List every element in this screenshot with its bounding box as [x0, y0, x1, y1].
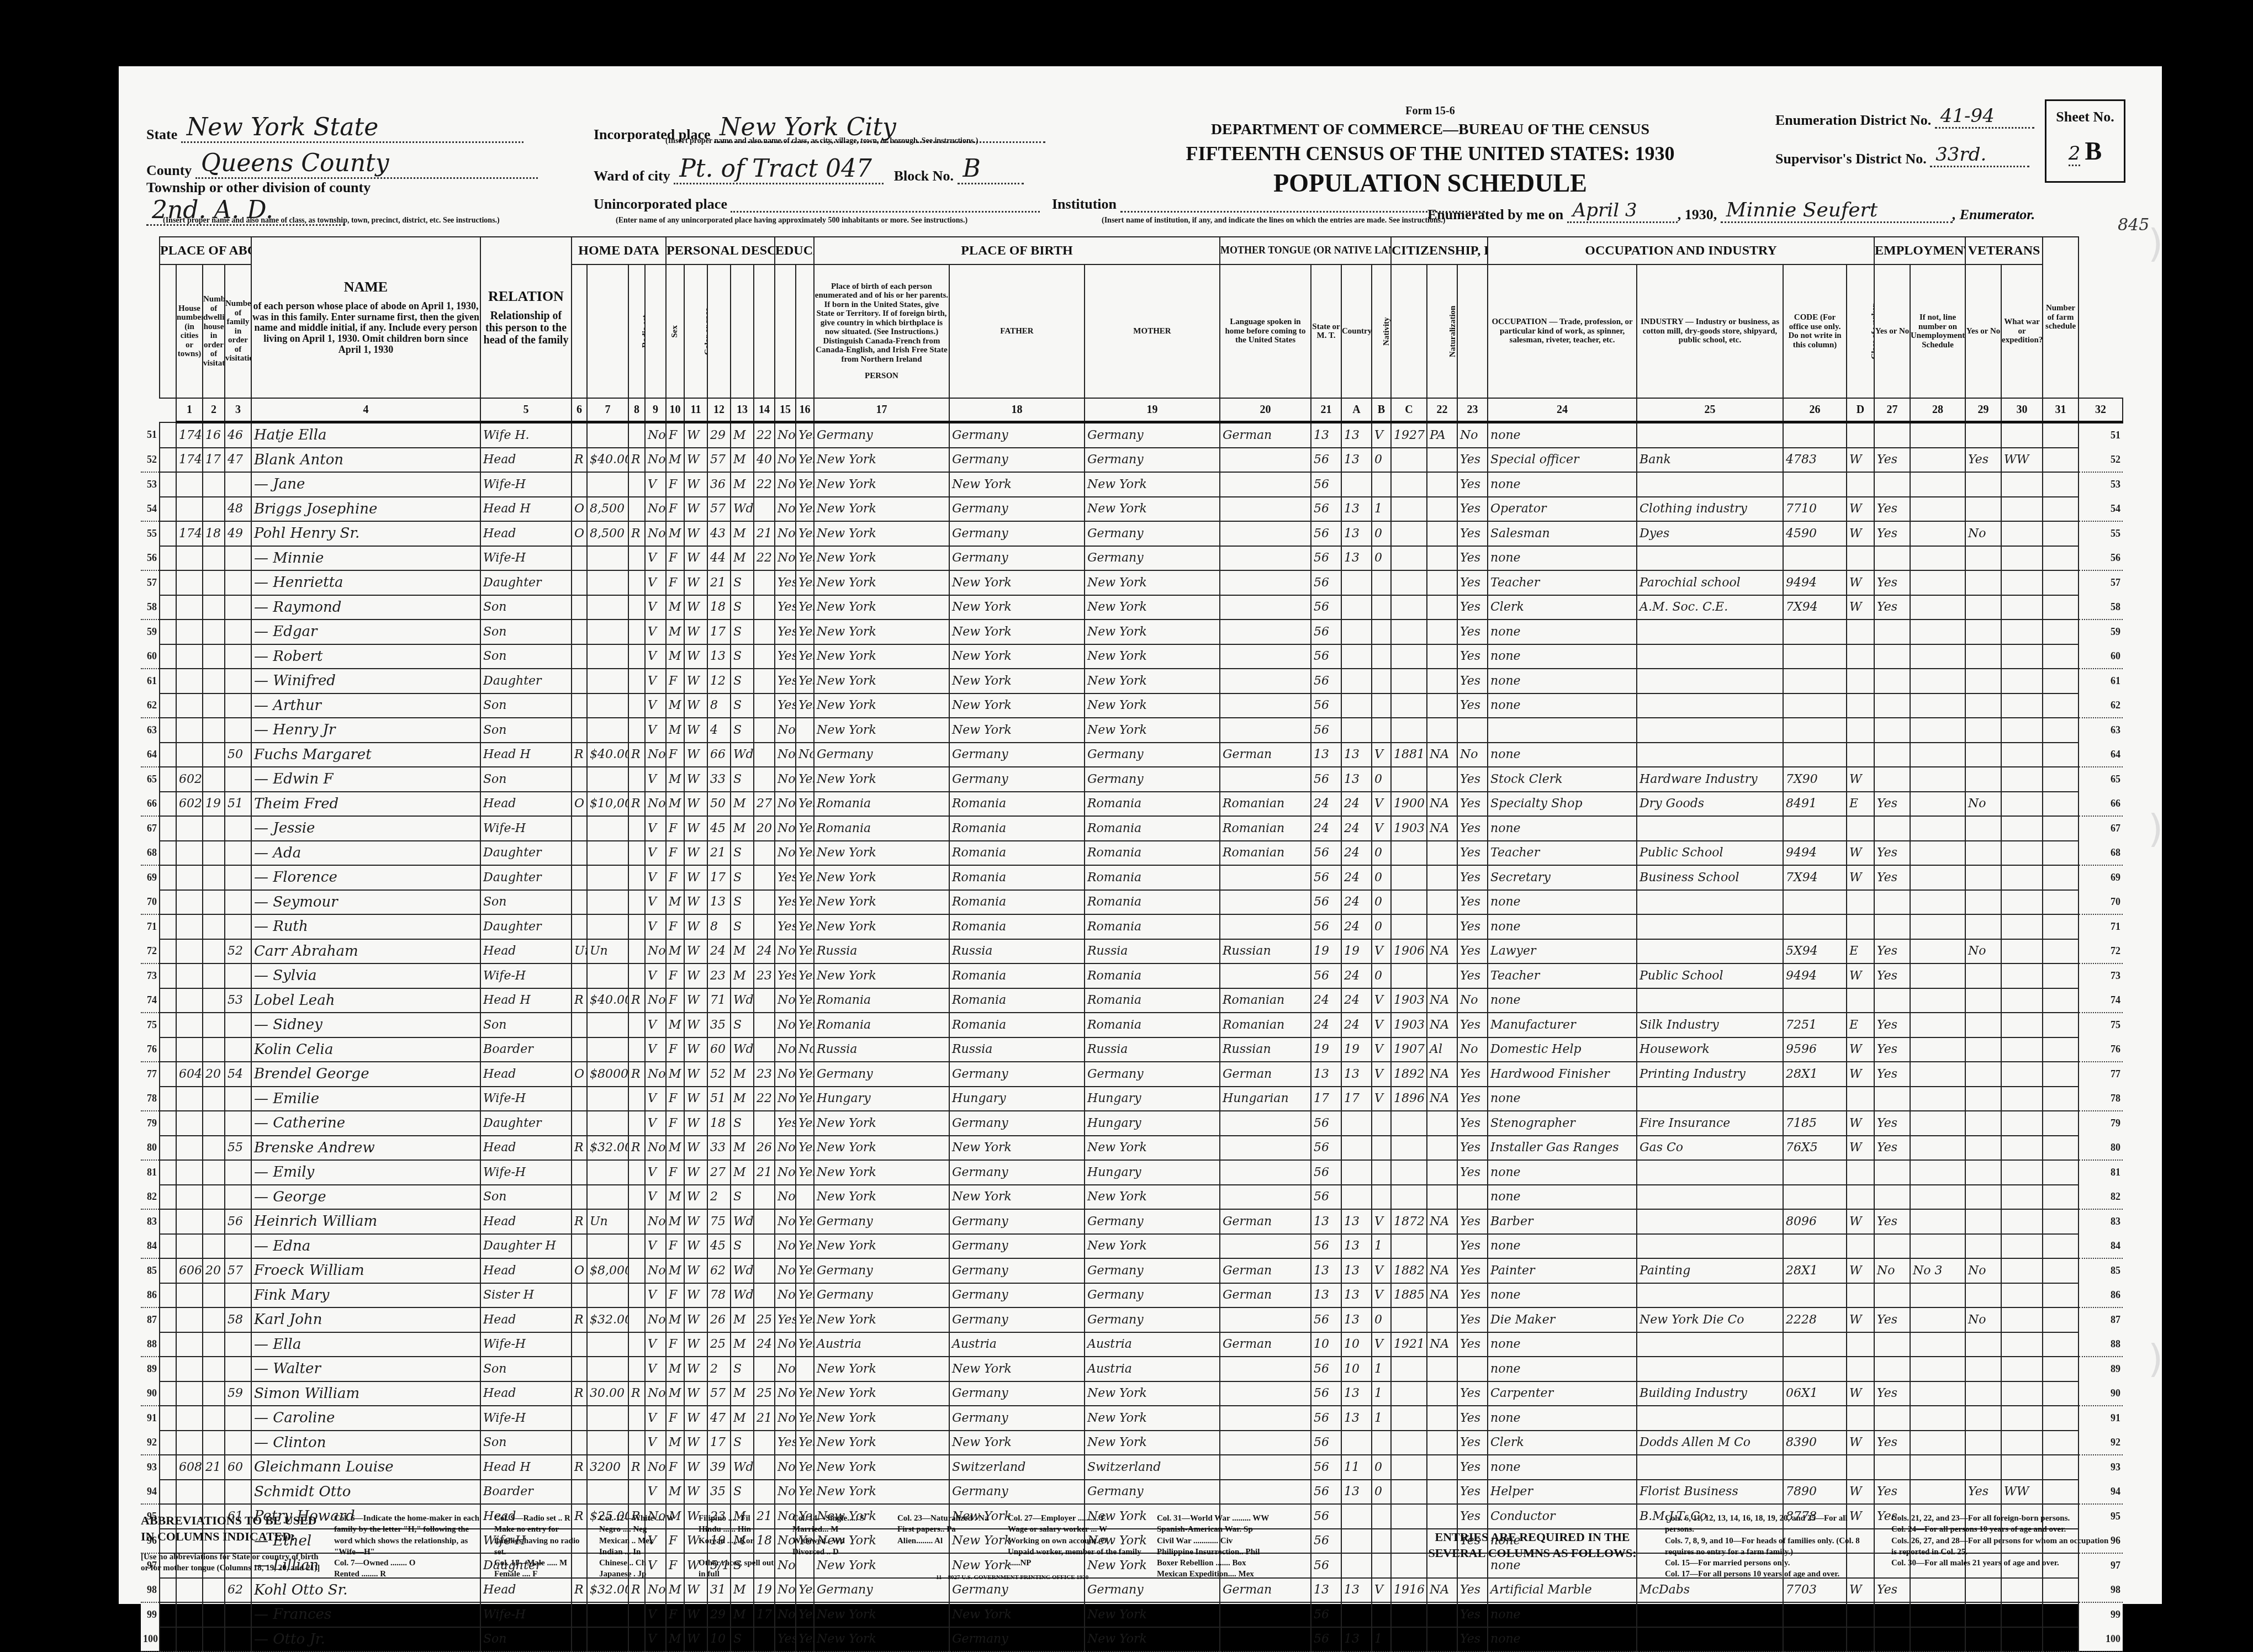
cell-cA: 56 — [1311, 595, 1341, 620]
cell-cA: 56 — [1311, 448, 1341, 473]
cell-school: Yes — [775, 890, 796, 915]
cell-radio — [628, 472, 645, 497]
cell-occupation: none — [1488, 1357, 1637, 1381]
cell-class: W — [1847, 865, 1874, 890]
cell-read: Yes — [796, 595, 814, 620]
cell-code: 9494 — [1783, 841, 1847, 866]
cell-value: 30.00 — [587, 1381, 628, 1406]
cell-age-marr: 17 — [754, 1602, 775, 1627]
cell-owned — [572, 914, 587, 939]
cell-family: 51 — [225, 792, 251, 817]
cell-mother: Germany — [1085, 521, 1220, 546]
cell-cC — [1372, 472, 1391, 497]
cell-family: 53 — [225, 988, 251, 1013]
cell-war — [2001, 1307, 2043, 1332]
column-number: 32 — [2079, 398, 2123, 422]
cell-father: New York — [949, 1185, 1085, 1210]
scan-mark: ) — [2148, 1336, 2163, 1381]
cell-marital: Wd — [731, 1037, 754, 1062]
cell-cB: 13 — [1341, 422, 1372, 448]
cell-owned — [572, 1185, 587, 1210]
cell-school: No — [775, 939, 796, 964]
enumerated-date: April 3 — [1573, 199, 1637, 221]
cell-vet — [1965, 1602, 2001, 1627]
cell-marital: M — [731, 1062, 754, 1087]
cell-family — [225, 816, 251, 841]
cell-school: No — [775, 816, 796, 841]
cell-unemp — [1910, 546, 1965, 571]
cell-name: Karl John — [251, 1307, 480, 1332]
cell-cC: 0 — [1372, 1307, 1391, 1332]
cell-occupation: Domestic Help — [1488, 1037, 1637, 1062]
cell-name: Fink Mary — [251, 1283, 480, 1308]
cell-street — [160, 693, 176, 718]
cell-name: Carr Abraham — [251, 939, 480, 964]
cell-tongue — [1220, 1602, 1311, 1627]
cell-house — [176, 1381, 203, 1406]
table-row: 79— CatherineDaughterVFW18SYesYesNew Yor… — [141, 1111, 2123, 1136]
abbrev-col31: Col. 31—World War ......... WW Spanish-A… — [1157, 1513, 1306, 1580]
cell-sex: M — [666, 939, 684, 964]
cell-race: W — [684, 546, 707, 571]
cell-name: — Walter — [251, 1357, 480, 1381]
cell-cC — [1372, 1136, 1391, 1161]
cell-unemp — [1910, 1160, 1965, 1185]
cell-marital: S — [731, 841, 754, 866]
cell-work — [1874, 669, 1910, 693]
cell-farmsched — [2043, 619, 2079, 644]
cell-radio — [628, 767, 645, 792]
column-number: 28 — [1910, 398, 1965, 422]
cell-occupation: Lawyer — [1488, 939, 1637, 964]
cell-work — [1874, 472, 1910, 497]
cell-family — [225, 1357, 251, 1381]
cell-house — [176, 1332, 203, 1357]
cell-sex: F — [666, 1037, 684, 1062]
cell-industry — [1637, 1209, 1783, 1234]
cell-value — [587, 1406, 628, 1431]
cell-read: Yes — [796, 546, 814, 571]
cell-father: Russia — [949, 939, 1085, 964]
cell-occupation: Secretary — [1488, 865, 1637, 890]
cell-war — [2001, 1602, 2043, 1627]
cell-farmsched — [2043, 497, 2079, 522]
cell-family: 58 — [225, 1307, 251, 1332]
cell-work — [1874, 1357, 1910, 1381]
column-number: 23 — [1457, 398, 1488, 422]
cell-radio: R — [628, 448, 645, 473]
col-11-header: Sex — [666, 264, 684, 398]
cell-natur: NA — [1427, 1087, 1457, 1111]
cell-relation: Head H — [480, 988, 572, 1013]
cell-marital: S — [731, 1627, 754, 1652]
cell-sex: M — [666, 1209, 684, 1234]
col-25-header: OCCUPATION — Trade, profession, or parti… — [1488, 264, 1637, 398]
cell-owned: R — [572, 743, 587, 767]
cell-race: W — [684, 1013, 707, 1037]
cell-birth: New York — [814, 1381, 949, 1406]
cell-cC: V — [1372, 1258, 1391, 1283]
cell-work — [1874, 1602, 1910, 1627]
cell-name: Brendel George — [251, 1062, 480, 1087]
cell-work: Yes — [1874, 841, 1910, 866]
cell-birth: Romania — [814, 1013, 949, 1037]
cell-race: W — [684, 693, 707, 718]
cell-birth: New York — [814, 1307, 949, 1332]
cell-race: W — [684, 1455, 707, 1480]
cell-cC: 0 — [1372, 767, 1391, 792]
cell-sex: F — [666, 472, 684, 497]
cell-unemp — [1910, 890, 1965, 915]
cell-farm: No — [645, 939, 666, 964]
col-28-header: Yes or No — [1874, 264, 1910, 398]
cell-cA: 56 — [1311, 472, 1341, 497]
table-row: 5217441747Blank AntonHeadR$40.00RNoMW57M… — [141, 448, 2123, 473]
cell-house — [176, 963, 203, 988]
cell-marital: M — [731, 1160, 754, 1185]
cell-age-marr — [754, 619, 775, 644]
cell-school: No — [775, 1037, 796, 1062]
cell-cC — [1372, 595, 1391, 620]
cell-sex: F — [666, 816, 684, 841]
cell-natur: NA — [1427, 1013, 1457, 1037]
cell-cC — [1372, 1431, 1391, 1455]
line-number-right: 59 — [2079, 619, 2123, 644]
col-21-header: Language spoken in home before coming to… — [1220, 264, 1311, 398]
cell-farm: V — [645, 963, 666, 988]
line-number: 85 — [141, 1258, 160, 1283]
cell-dwelling — [203, 1357, 225, 1381]
cell-birth: New York — [814, 644, 949, 669]
cell-age: 52 — [707, 1062, 731, 1087]
cell-class: W — [1847, 497, 1874, 522]
department: DEPARTMENT OF COMMERCE—BUREAU OF THE CEN… — [1113, 121, 1748, 139]
sheet-label: Sheet No. — [2046, 109, 2124, 125]
cell-english: Yes — [1457, 521, 1488, 546]
line-number-right: 82 — [2079, 1185, 2123, 1210]
cell-school: Yes — [775, 619, 796, 644]
cell-cA: 56 — [1311, 1111, 1341, 1136]
cell-father: Romania — [949, 865, 1085, 890]
line-number-right: 93 — [2079, 1455, 2123, 1480]
cell-cA: 56 — [1311, 1357, 1341, 1381]
cell-tongue — [1220, 914, 1311, 939]
cell-tongue: Romanian — [1220, 841, 1311, 866]
cell-cC — [1372, 644, 1391, 669]
cell-english: Yes — [1457, 1406, 1488, 1431]
cell-race: W — [684, 1062, 707, 1087]
cell-farm: V — [645, 718, 666, 743]
line-number: 60 — [141, 644, 160, 669]
cell-age-marr — [754, 595, 775, 620]
cell-class — [1847, 816, 1874, 841]
cell-cB — [1341, 1111, 1372, 1136]
cell-dwelling: 19 — [203, 792, 225, 817]
cell-farm: V — [645, 914, 666, 939]
cell-english: Yes — [1457, 890, 1488, 915]
cell-father: Germany — [949, 1111, 1085, 1136]
enumerated-year: , 1930, — [1678, 206, 1717, 223]
col-2-header: House number (in cities or towns) — [176, 264, 203, 398]
cell-code: 9494 — [1783, 963, 1847, 988]
cell-birth: New York — [814, 865, 949, 890]
cell-farm: V — [645, 816, 666, 841]
cell-english: Yes — [1457, 619, 1488, 644]
cell-tongue — [1220, 448, 1311, 473]
cell-class — [1847, 644, 1874, 669]
cell-industry: Fire Insurance — [1637, 1111, 1783, 1136]
cell-father: Russia — [949, 1037, 1085, 1062]
cell-tongue — [1220, 865, 1311, 890]
cell-farm: V — [645, 1111, 666, 1136]
cell-work: Yes — [1874, 792, 1910, 817]
cell-cB — [1341, 472, 1372, 497]
cell-dwelling: 21 — [203, 1455, 225, 1480]
cell-race: W — [684, 1406, 707, 1431]
cell-age-marr — [754, 988, 775, 1013]
cell-school: Yes — [775, 595, 796, 620]
cell-street — [160, 1307, 176, 1332]
cell-code — [1783, 1332, 1847, 1357]
cell-industry — [1637, 546, 1783, 571]
cell-farmsched — [2043, 1087, 2079, 1111]
cell-street — [160, 1357, 176, 1381]
cell-work — [1874, 1406, 1910, 1431]
cell-relation: Wife-H — [480, 546, 572, 571]
print-code: 11—8027 U.S. GOVERNMENT PRINTING OFFICE … — [936, 1574, 1088, 1582]
cell-war — [2001, 1406, 2043, 1431]
cell-code: 4783 — [1783, 448, 1847, 473]
col-6-desc: Relationship of this person to the head … — [481, 310, 571, 346]
cell-english: Yes — [1457, 792, 1488, 817]
cell-farmsched — [2043, 1013, 2079, 1037]
cell-work: Yes — [1874, 521, 1910, 546]
cell-cA: 56 — [1311, 1136, 1341, 1161]
cell-farmsched — [2043, 1627, 2079, 1652]
cell-value — [587, 1037, 628, 1062]
cell-street — [160, 1258, 176, 1283]
cell-farmsched — [2043, 841, 2079, 866]
cell-english — [1457, 1357, 1488, 1381]
table-row: 84— EdnaDaughter HVFW45SNoYesNew YorkGer… — [141, 1234, 2123, 1259]
line-number: 54 — [141, 497, 160, 522]
cell-unemp — [1910, 841, 1965, 866]
cell-mother: New York — [1085, 1602, 1220, 1627]
cell-street — [160, 1087, 176, 1111]
cell-tongue — [1220, 644, 1311, 669]
table-row: 936082160Gleichmann LouiseHead HR3200RNo… — [141, 1455, 2123, 1480]
cell-cC: 0 — [1372, 546, 1391, 571]
cell-race: W — [684, 1136, 707, 1161]
cell-farmsched — [2043, 1037, 2079, 1062]
cell-occupation: Stock Clerk — [1488, 767, 1637, 792]
col-31-header: What war or expedition? — [2001, 264, 2043, 398]
cell-family — [225, 914, 251, 939]
cell-immig — [1391, 595, 1427, 620]
cell-class: W — [1847, 841, 1874, 866]
cell-code: 7X94 — [1783, 865, 1847, 890]
cell-cB: 24 — [1341, 988, 1372, 1013]
cell-work: Yes — [1874, 1062, 1910, 1087]
cell-read: Yes — [796, 1431, 814, 1455]
cell-natur — [1427, 963, 1457, 988]
line-number-right: 92 — [2079, 1431, 2123, 1455]
cell-tongue — [1220, 1185, 1311, 1210]
column-number: 6 — [572, 398, 587, 422]
cell-unemp — [1910, 1357, 1965, 1381]
cell-father: Romania — [949, 816, 1085, 841]
cell-owned — [572, 1332, 587, 1357]
census-title: FIFTEENTH CENSUS OF THE UNITED STATES: 1… — [1113, 142, 1748, 165]
cell-relation: Head — [480, 1062, 572, 1087]
cell-farm: V — [645, 595, 666, 620]
cell-age: 44 — [707, 546, 731, 571]
cell-vet — [1965, 1332, 2001, 1357]
cell-age-marr: 25 — [754, 1307, 775, 1332]
cell-sex: M — [666, 1381, 684, 1406]
cell-work — [1874, 1087, 1910, 1111]
cell-unemp — [1910, 816, 1965, 841]
cell-work — [1874, 1185, 1910, 1210]
abbrev-col27: Col. 27—Employer .......... E Wage or sa… — [1008, 1513, 1146, 1569]
cell-industry — [1637, 718, 1783, 743]
cell-name: Heinrich William — [251, 1209, 480, 1234]
cell-immig — [1391, 1185, 1427, 1210]
cell-dwelling — [203, 1602, 225, 1627]
cell-farm: No — [645, 792, 666, 817]
cell-age-marr: 22 — [754, 1087, 775, 1111]
cell-birth: New York — [814, 767, 949, 792]
cell-farmsched — [2043, 743, 2079, 767]
line-number-right: 91 — [2079, 1406, 2123, 1431]
cell-dwelling — [203, 1480, 225, 1505]
cell-age-marr — [754, 1209, 775, 1234]
cell-race: W — [684, 669, 707, 693]
cell-name: — Florence — [251, 865, 480, 890]
cell-value — [587, 1332, 628, 1357]
cell-english: No — [1457, 988, 1488, 1013]
cell-school: No — [775, 841, 796, 866]
cell-cC — [1372, 1111, 1391, 1136]
cell-street — [160, 1602, 176, 1627]
cell-value — [587, 1602, 628, 1627]
cell-birth: Germany — [814, 1283, 949, 1308]
cell-english: Yes — [1457, 865, 1488, 890]
cell-read: Yes — [796, 1234, 814, 1259]
cell-age: 75 — [707, 1209, 731, 1234]
cell-school: No — [775, 1480, 796, 1505]
cell-cB: 13 — [1341, 743, 1372, 767]
cell-age-marr: 21 — [754, 1406, 775, 1431]
cell-street — [160, 546, 176, 571]
cell-farmsched — [2043, 1258, 2079, 1283]
cell-sex: M — [666, 792, 684, 817]
cell-mother: Hungary — [1085, 1160, 1220, 1185]
cell-street — [160, 1627, 176, 1652]
col-18-label: PERSON — [815, 372, 949, 381]
cell-unemp — [1910, 521, 1965, 546]
cell-house — [176, 914, 203, 939]
abbrev-col23: Col. 23—Naturalized . Na First papers.. … — [897, 1513, 997, 1547]
line-number: 61 — [141, 669, 160, 693]
cell-class: W — [1847, 570, 1874, 595]
cell-radio — [628, 1185, 645, 1210]
cell-class — [1847, 546, 1874, 571]
cell-cB — [1341, 1185, 1372, 1210]
cell-father: Romania — [949, 988, 1085, 1013]
cell-marital: S — [731, 619, 754, 644]
cell-relation: Daughter — [480, 914, 572, 939]
cell-mother: New York — [1085, 472, 1220, 497]
cell-house — [176, 865, 203, 890]
cell-relation: Daughter — [480, 669, 572, 693]
cell-race: W — [684, 1627, 707, 1652]
cell-unemp — [1910, 1037, 1965, 1062]
cell-industry — [1637, 890, 1783, 915]
cell-street — [160, 890, 176, 915]
cell-immig — [1391, 1111, 1427, 1136]
cell-code — [1783, 1406, 1847, 1431]
institution-field: Institution — [1052, 196, 1485, 213]
cell-street — [160, 865, 176, 890]
cell-relation: Son — [480, 1357, 572, 1381]
cell-mother: Austria — [1085, 1332, 1220, 1357]
cell-birth: Germany — [814, 1062, 949, 1087]
cell-father: Germany — [949, 1307, 1085, 1332]
cell-natur — [1427, 890, 1457, 915]
cell-code: 4590 — [1783, 521, 1847, 546]
scan-mark: ) — [2148, 806, 2163, 851]
cell-mother: Germany — [1085, 422, 1220, 448]
cell-name: Blank Anton — [251, 448, 480, 473]
cell-natur — [1427, 1307, 1457, 1332]
cell-street — [160, 1234, 176, 1259]
cell-name: — Sylvia — [251, 963, 480, 988]
cell-sex: M — [666, 890, 684, 915]
cell-war — [2001, 570, 2043, 595]
cell-owned — [572, 619, 587, 644]
table-row: 78— EmilieWife-HVFW51M22NoYesHungaryHung… — [141, 1087, 2123, 1111]
cell-work: Yes — [1874, 963, 1910, 988]
cell-vet — [1965, 1062, 2001, 1087]
cell-value — [587, 1234, 628, 1259]
cell-age-marr — [754, 1431, 775, 1455]
cell-value: $32.00 — [587, 1307, 628, 1332]
cell-mother: Romania — [1085, 988, 1220, 1013]
cell-unemp — [1910, 1307, 1965, 1332]
col-c-header: Nativity — [1372, 264, 1391, 398]
cell-family — [225, 963, 251, 988]
cell-read: Yes — [796, 1136, 814, 1161]
cell-dwelling — [203, 619, 225, 644]
cell-english: No — [1457, 422, 1488, 448]
cell-sex: F — [666, 422, 684, 448]
cell-family: 46 — [225, 422, 251, 448]
cell-street — [160, 619, 176, 644]
cell-school: No — [775, 1062, 796, 1087]
column-number: 13 — [731, 398, 754, 422]
cell-tongue — [1220, 570, 1311, 595]
cell-unemp — [1910, 669, 1965, 693]
cell-unemp — [1910, 422, 1965, 448]
cell-farmsched — [2043, 914, 2079, 939]
cell-birth: Russia — [814, 1037, 949, 1062]
cell-owned: R — [572, 1209, 587, 1234]
col-23-header: Naturalization — [1427, 264, 1457, 398]
cell-industry — [1637, 988, 1783, 1013]
cell-race: W — [684, 816, 707, 841]
cell-farmsched — [2043, 521, 2079, 546]
